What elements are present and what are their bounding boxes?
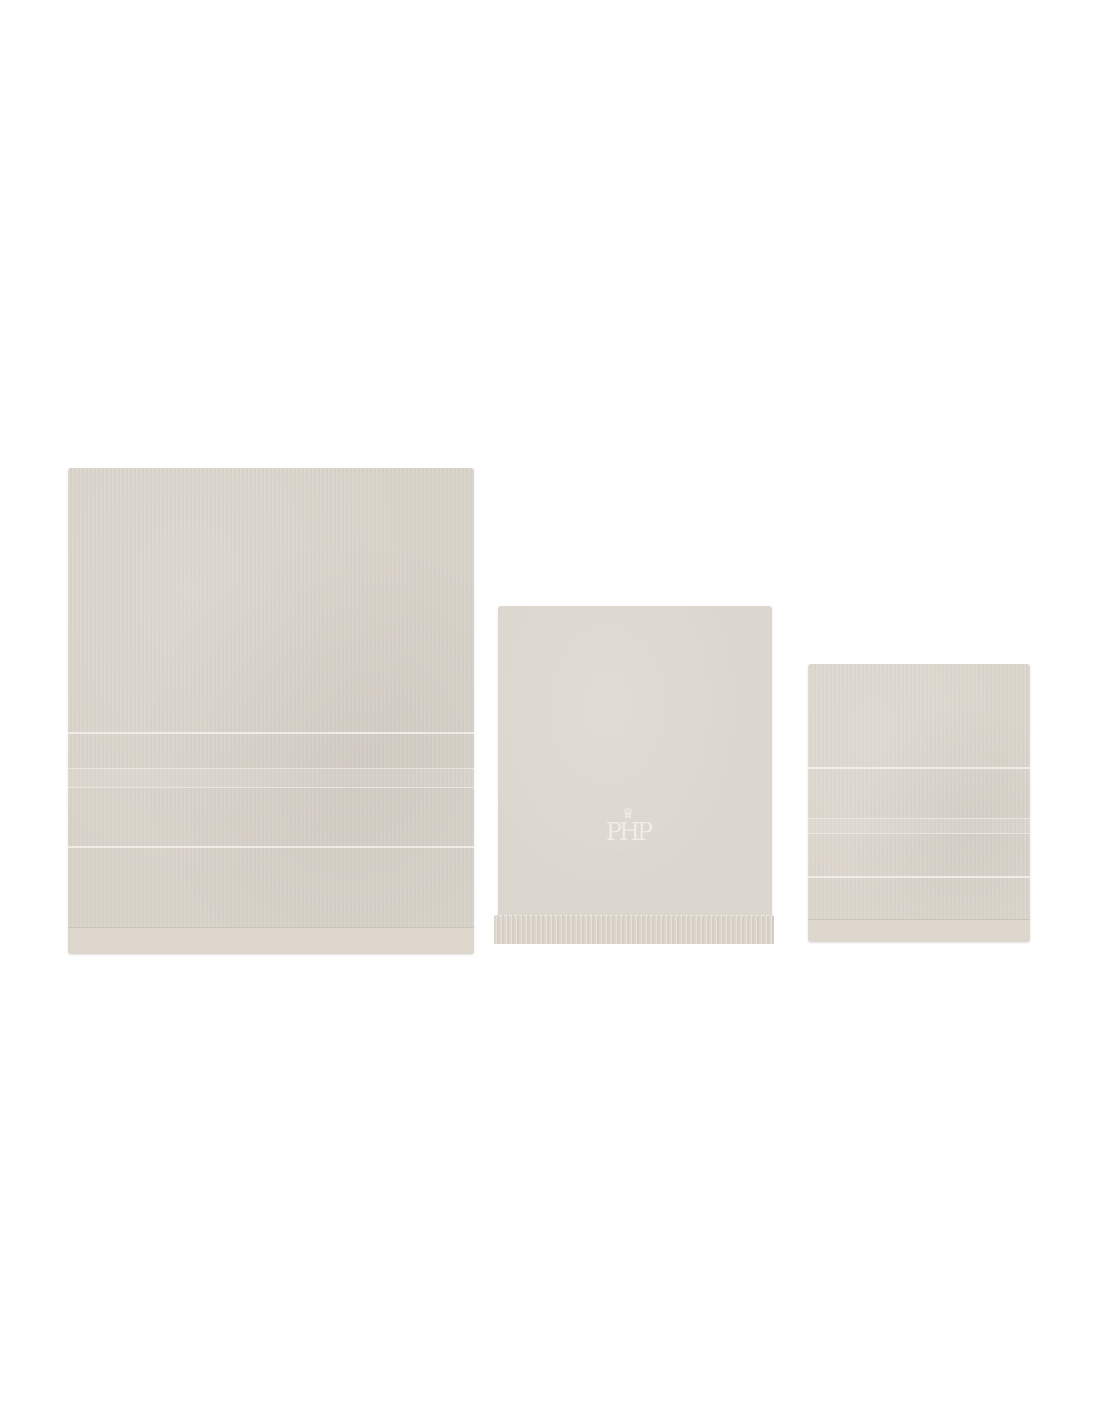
stripe-line [68, 732, 474, 734]
guest-towel: ♛ PHP ······ [498, 606, 772, 936]
stripe-line [68, 846, 474, 848]
stripe-band [808, 818, 1030, 834]
brand-logo: ♛ PHP ······ [598, 806, 658, 854]
towel-hem [68, 927, 474, 954]
face-towel [808, 664, 1030, 942]
stripe-line [808, 876, 1030, 878]
logo-monogram: PHP [598, 820, 658, 844]
towel-fringe [494, 915, 774, 944]
stripe-band [68, 768, 474, 788]
stripe-line [808, 767, 1030, 769]
towel-hem [808, 919, 1030, 942]
bath-towel [68, 468, 474, 954]
